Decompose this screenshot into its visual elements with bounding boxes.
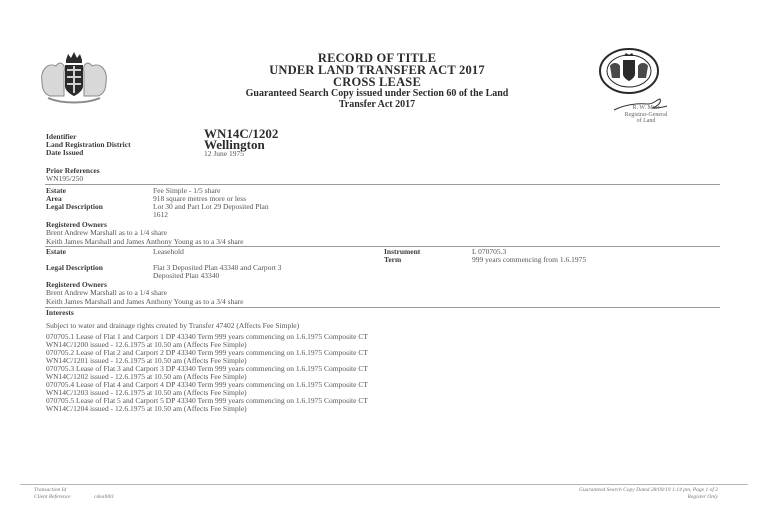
document-header: RECORD OF TITLE UNDER LAND TRANSFER ACT … [150,52,604,110]
fee-owner-1: Brent Andrew Marshall as to a 1/4 share [46,229,167,237]
search-copy-note: Guaranteed Search Copy Dated 28/09/19 1:… [579,487,718,493]
footer-divider [20,484,748,485]
fee-legal-value-2: 1612 [153,211,168,219]
transaction-id-label: Transaction Id [34,487,66,493]
signature-title-2: of Land [600,118,692,125]
lease-term-value: 999 years commencing from 1.6.1975 [472,256,586,264]
lease-estate-value: Leasehold [153,248,184,256]
interests-label: Interests [46,309,74,317]
lease-owner-2: Keith James Marshall and James Anthony Y… [46,298,243,306]
interest-line: Subject to water and drainage rights cre… [46,322,299,330]
fee-legal-value: Lot 30 and Part Lot 29 Deposited Plan [153,203,269,211]
section-divider [45,307,720,308]
registrar-seal-icon [598,46,660,96]
date-issued-value: 12 June 1975 [204,150,244,158]
section-divider [45,246,720,247]
subtitle-line-2: Transfer Act 2017 [150,99,604,110]
lease-term-label: Term [384,256,401,264]
date-issued-label: Date Issued [46,148,83,157]
coat-of-arms-icon [38,48,110,104]
lease-estate-label: Estate [46,248,66,256]
fee-owner-2: Keith James Marshall and James Anthony Y… [46,238,243,246]
subtitle-line-1: Guaranteed Search Copy issued under Sect… [150,88,604,99]
section-divider [45,184,720,185]
lease-legal-value-2: Deposited Plan 43340 [153,272,219,280]
fee-legal-label: Legal Description [46,203,103,211]
client-reference-label: Client Reference [34,494,71,500]
lease-legal-label: Legal Description [46,264,103,272]
client-reference-value: cdeal001 [94,494,114,500]
interest-line: WN14C/1204 issued - 12.6.1975 at 10.50 a… [46,405,247,413]
lease-owner-1: Brent Andrew Marshall as to a 1/4 share [46,289,167,297]
signature-caption: R. W. Muir Registrar-General of Land [600,105,692,125]
title-line-3: CROSS LEASE [150,76,604,88]
prior-references-value: WN195/250 [46,175,83,183]
register-only-note: Register Only [688,494,718,500]
